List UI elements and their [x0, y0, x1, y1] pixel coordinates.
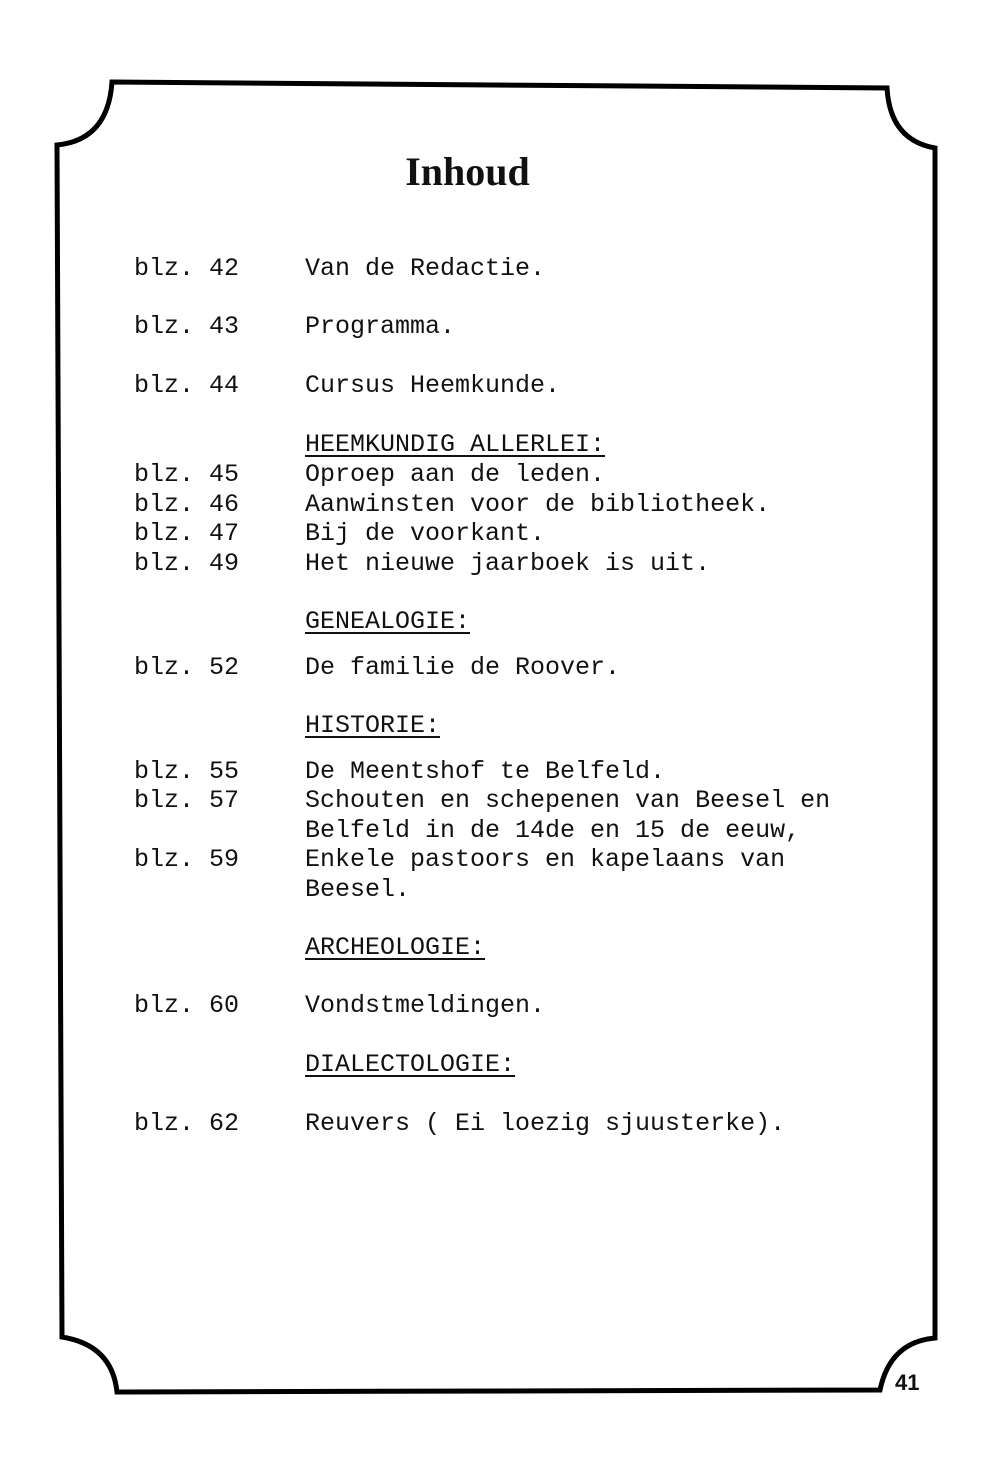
toc-page-ref: blz. 43 [134, 312, 239, 341]
toc-entry: Schouten en schepenen van Beesel en [305, 786, 830, 815]
toc-page-ref: blz. 42 [134, 254, 239, 283]
toc-entry: Programma. [305, 312, 455, 341]
section-heading: DIALECTOLOGIE: [305, 1050, 515, 1079]
toc-page-ref: blz. 45 [134, 460, 239, 489]
toc-page-ref: blz. 46 [134, 490, 239, 519]
section-heading: GENEALOGIE: [305, 607, 470, 636]
decorative-frame [0, 0, 1000, 1466]
toc-page-ref: blz. 59 [134, 845, 239, 874]
toc-page-ref: blz. 47 [134, 519, 239, 548]
toc-entry: Het nieuwe jaarboek is uit. [305, 549, 710, 578]
section-heading: ARCHEOLOGIE: [305, 933, 485, 962]
toc-entry: Reuvers ( Ei loezig sjuusterke). [305, 1109, 785, 1138]
toc-entry: Enkele pastoors en kapelaans van [305, 845, 785, 874]
toc-page-ref: blz. 60 [134, 991, 239, 1020]
page-number: 41 [895, 1370, 919, 1396]
toc-entry-continuation: Beesel. [305, 875, 410, 904]
toc-entry: Vondstmeldingen. [305, 991, 545, 1020]
toc-entry: De Meentshof te Belfeld. [305, 757, 665, 786]
toc-entry-continuation: Belfeld in de 14de en 15 de eeuw, [305, 816, 800, 845]
toc-page-ref: blz. 52 [134, 653, 239, 682]
section-heading: HEEMKUNDIG ALLERLEI: [305, 430, 605, 459]
toc-page-ref: blz. 62 [134, 1109, 239, 1138]
toc-page-ref: blz. 44 [134, 371, 239, 400]
toc-entry: Cursus Heemkunde. [305, 371, 560, 400]
toc-entry: Oproep aan de leden. [305, 460, 605, 489]
page-title: Inhoud [0, 148, 935, 195]
toc-entry: Aanwinsten voor de bibliotheek. [305, 490, 770, 519]
toc-entry: Bij de voorkant. [305, 519, 545, 548]
section-heading: HISTORIE: [305, 711, 440, 740]
toc-entry: De familie de Roover. [305, 653, 620, 682]
toc-page-ref: blz. 57 [134, 786, 239, 815]
toc-entry: Van de Redactie. [305, 254, 545, 283]
toc-page-ref: blz. 49 [134, 549, 239, 578]
toc-page-ref: blz. 55 [134, 757, 239, 786]
